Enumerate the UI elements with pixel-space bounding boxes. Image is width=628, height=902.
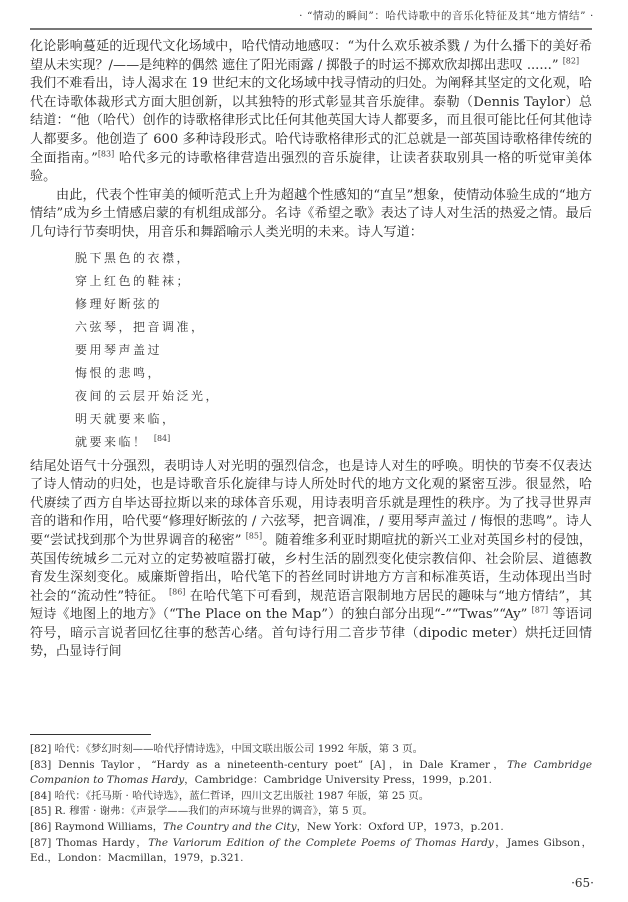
footnote-rule: [30, 734, 151, 735]
poem-line: 悔恨的悲鸣，: [75, 362, 592, 385]
footnote-86: [86] Raymond Williams，The Country and th…: [30, 820, 592, 836]
footnotes: [82] 哈代：《梦幻时刻——哈代抒情诗选》，中国文联出版公司 1992 年版，…: [30, 742, 592, 867]
paragraph-3: 由此，代表个性审美的倾听范式上升为超越个性感知的“直呈”想象，使情动体验生成的“…: [30, 187, 592, 243]
poem-line-last: 就要来临！ [84]: [75, 431, 592, 454]
footnote-87: [87] Thomas Hardy，The Variorum Edition o…: [30, 836, 592, 867]
poem-line: 明天就要来临，: [75, 408, 592, 431]
footnote-ref-83[interactable]: [83]: [98, 149, 114, 158]
poem-line: 脱下黑色的衣襟，: [75, 247, 592, 270]
footnote-ref-87[interactable]: [87]: [532, 606, 548, 615]
poem-line: 要用琴声盖过: [75, 339, 592, 362]
poem-line: 修理好断弦的: [75, 293, 592, 316]
poem-line: 六弦琴，把音调准，: [75, 316, 592, 339]
footnote-ref-84[interactable]: [84]: [154, 434, 170, 443]
footnote-84: [84] 哈代：《托马斯 · 哈代诗选》，蓝仁哲译，四川文艺出版社 1987 年…: [30, 789, 592, 805]
footnote-ref-85[interactable]: [85]: [246, 532, 262, 541]
footnote-ref-86[interactable]: [86]: [169, 587, 185, 596]
poem-line: 穿上红色的鞋袜；: [75, 270, 592, 293]
page-number: ·65·: [571, 876, 594, 890]
footnote-83: [83] Dennis Taylor，“Hardy as a nineteent…: [30, 758, 592, 789]
running-header: · “情动的瞬间”：哈代诗歌中的音乐化特征及其“地方情结” ·: [299, 8, 594, 23]
footnote-82: [82] 哈代：《梦幻时刻——哈代抒情诗选》，中国文联出版公司 1992 年版，…: [30, 742, 592, 758]
poem-block: 脱下黑色的衣襟， 穿上红色的鞋袜； 修理好断弦的 六弦琴，把音调准， 要用琴声盖…: [75, 247, 592, 454]
paragraph-2: 我们不难看出，诗人渴求在 19 世纪末的文化场域中找寻情动的归处。为阐释其坚定的…: [30, 75, 592, 187]
header-rule: [30, 28, 592, 30]
main-text: 化论影响蔓延的近现代文化场域中，哈代情动地感叹：“为什么欢乐被杀戮 / 为什么播…: [30, 38, 592, 662]
paragraph-4: 结尾处语气十分强烈，表明诗人对光明的强烈信念，也是诗人对生的呼唤。明快的节奏不仅…: [30, 458, 592, 663]
paragraph-1: 化论影响蔓延的近现代文化场域中，哈代情动地感叹：“为什么欢乐被杀戮 / 为什么播…: [30, 38, 592, 75]
footnote-ref-82[interactable]: [82]: [563, 56, 579, 65]
footnote-85: [85] R. 穆雷 · 谢弗：《声景学——我们的声环境与世界的调音》，第 5 …: [30, 804, 592, 820]
poem-line: 夜间的云层开始泛光，: [75, 385, 592, 408]
